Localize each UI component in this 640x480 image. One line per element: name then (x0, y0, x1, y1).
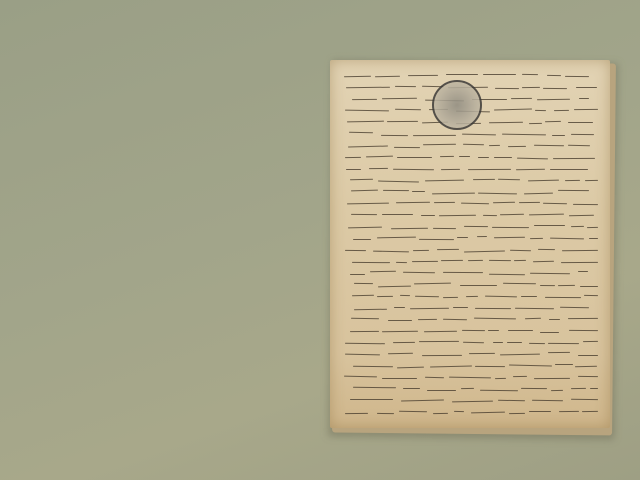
handwriting-stroke (370, 271, 396, 273)
handwriting-stroke (571, 388, 586, 390)
handwriting-stroke (443, 319, 467, 321)
handwriting-stroke (562, 249, 598, 251)
handwriting-stroke (529, 343, 545, 345)
handwriting-stroke (352, 295, 374, 297)
handwriting-stroke (443, 272, 483, 274)
handwriting-stroke (578, 355, 598, 356)
handwriting-stroke (393, 342, 415, 344)
handwriting-stroke (550, 238, 584, 240)
handwriting-stroke (568, 318, 598, 320)
handwriting-stroke (530, 273, 570, 275)
handwriting-stroke (401, 400, 444, 402)
handwriting-stroke (418, 319, 437, 321)
handwriting-stroke (492, 226, 529, 228)
handwriting-stroke (413, 135, 456, 137)
handwriting-stroke (502, 134, 546, 136)
handwriting-stroke (511, 98, 532, 100)
handwriting-stroke (422, 355, 462, 357)
handwriting-stroke (395, 86, 416, 88)
handwriting-stroke (412, 261, 438, 263)
handwriting-stroke (540, 332, 559, 333)
handwriting-stroke (574, 109, 598, 111)
handwriting-stroke (377, 295, 393, 297)
handwriting-stroke (441, 260, 463, 262)
handwriting-stroke (399, 411, 427, 413)
handwriting-stroke (582, 411, 598, 413)
handwriting-stroke (459, 156, 470, 158)
handwriting-stroke (555, 364, 573, 365)
handwriting-stroke (530, 238, 543, 240)
handwriting-stroke (576, 87, 597, 88)
handwriting-stroke (419, 239, 454, 241)
handwriting-stroke (461, 203, 489, 205)
handwriting-stroke (347, 120, 384, 122)
handwriting-stroke (425, 179, 464, 181)
handwriting-stroke (345, 413, 368, 415)
handwriting-stroke (382, 330, 418, 332)
handwriting-stroke (552, 135, 565, 136)
handwriting-stroke (419, 341, 459, 343)
handwriting-stroke (500, 354, 540, 356)
handwriting-stroke (571, 399, 598, 401)
handwriting-stroke (528, 180, 559, 182)
handwriting-stroke (587, 227, 598, 229)
handwriting-stroke (545, 121, 561, 123)
handwriting-stroke (345, 249, 366, 251)
handwriting-stroke (464, 226, 488, 228)
handwriting-stroke (494, 109, 532, 111)
handwriting-stroke (543, 202, 567, 204)
handwriting-stroke (403, 388, 420, 389)
handwriting-stroke (471, 412, 505, 414)
handwriting-stroke (432, 192, 475, 194)
handwriting-stroke (350, 399, 393, 400)
handwriting-stroke (537, 99, 570, 101)
handwriting-stroke (377, 236, 416, 238)
handwriting-stroke (462, 134, 496, 136)
handwriting-stroke (434, 202, 455, 204)
handwriting-stroke (489, 145, 500, 147)
handwriting-stroke (387, 121, 418, 123)
handwriting-stroke (410, 307, 449, 309)
handwriting-stroke (449, 377, 491, 379)
handwriting-stroke (524, 192, 553, 194)
handwriting-stroke (489, 260, 511, 262)
handwriting-stroke (350, 330, 379, 332)
handwriting-stroke (433, 227, 456, 229)
handwriting-stroke (569, 215, 594, 217)
handwriting-stroke (560, 306, 589, 308)
handwriting-stroke (508, 146, 526, 148)
handwriting-stroke (494, 157, 512, 158)
handwriting-stroke (388, 320, 412, 321)
handwriting-stroke (382, 378, 417, 379)
handwriting-stroke (375, 75, 400, 77)
handwriting-stroke (469, 353, 495, 355)
handwriting-stroke (568, 145, 590, 147)
handwriting-stroke (346, 87, 390, 89)
handwriting-stroke (579, 98, 589, 99)
handwriting-stroke (514, 260, 526, 262)
handwriting-stroke (515, 307, 554, 309)
handwriting-stroke (462, 330, 485, 332)
handwriting-stroke (529, 411, 551, 412)
handwriting-stroke (508, 330, 533, 331)
handwriting-stroke (549, 319, 560, 321)
handwriting-stroke (489, 274, 525, 276)
handwriting-stroke (507, 342, 522, 344)
handwriting-stroke (348, 227, 382, 229)
handwriting-stroke (397, 367, 424, 369)
handwriting-stroke (382, 97, 417, 99)
handwriting-stroke (543, 88, 567, 90)
handwriting-stroke (493, 342, 503, 343)
handwriting-stroke (446, 74, 478, 75)
handwriting-stroke (463, 342, 484, 344)
handwriting-stroke (400, 295, 410, 297)
handwriting-stroke (473, 179, 495, 181)
handwriting-stroke (366, 156, 393, 158)
handwriting-stroke (440, 156, 454, 158)
handwriting-stroke (534, 225, 565, 226)
handwriting-stroke (395, 109, 421, 111)
handwriting-stroke (346, 169, 361, 170)
handwriting-stroke (584, 295, 598, 297)
handwriting-stroke (344, 376, 377, 378)
handwriting-stroke (439, 215, 476, 217)
handwriting-stroke (350, 274, 365, 275)
handwriting-stroke (468, 260, 483, 262)
handwriting-stroke (394, 307, 405, 308)
handwriting-stroke (460, 285, 497, 286)
handwriting-stroke (461, 388, 474, 390)
handwriting-stroke (396, 157, 431, 158)
handwriting-stroke (521, 388, 547, 390)
handwriting-stroke (452, 401, 493, 403)
handwriting-stroke (425, 377, 444, 379)
handwriting-stroke (413, 250, 429, 252)
handwriting-stroke (529, 214, 564, 216)
handwriting-stroke (345, 353, 380, 355)
handwriting-stroke (534, 145, 564, 147)
handwriting-stroke (369, 168, 388, 170)
handwriting-stroke (381, 135, 408, 137)
handwriting-stroke (414, 283, 451, 285)
handwriting-stroke (573, 204, 598, 206)
handwriting-stroke (583, 341, 598, 343)
handwriting-stroke (463, 143, 484, 145)
handwriting-stroke (510, 250, 531, 252)
handwriting-stroke (344, 75, 371, 77)
handwriting-stroke (509, 413, 525, 415)
handwriting-stroke (575, 366, 597, 368)
handwriting-stroke (391, 227, 428, 229)
handwriting-stroke (396, 201, 430, 203)
handwriting-stroke (548, 343, 579, 345)
handwriting-stroke (493, 202, 515, 204)
handwriting-stroke (424, 331, 457, 333)
handwriting-stroke (521, 296, 537, 297)
handwriting-stroke (545, 297, 581, 299)
handwriting-stroke (478, 157, 489, 159)
handwriting-stroke (354, 283, 373, 285)
handwriting-stroke (540, 285, 555, 287)
handwriting-stroke (483, 214, 497, 216)
handwriting-stroke (437, 249, 459, 251)
handwriting-stroke (569, 329, 598, 331)
handwriting-stroke (589, 238, 598, 239)
handwriting-stroke (509, 364, 552, 366)
handwriting-stroke (378, 180, 419, 182)
handwriting-stroke (478, 193, 517, 195)
handwriting-stroke (516, 168, 545, 170)
handwriting-stroke (393, 168, 434, 170)
handwriting-stroke (415, 296, 439, 298)
handwriting-stroke (352, 366, 392, 368)
handwriting-stroke (388, 352, 413, 354)
handwriting-stroke (353, 387, 396, 389)
handwriting-stroke (513, 376, 527, 378)
handwriting-stroke (454, 411, 464, 413)
handwriting-stroke (519, 202, 540, 204)
handwriting-stroke (584, 180, 598, 182)
handwriting-stroke (354, 309, 387, 311)
handwriting-stroke (423, 144, 456, 146)
handwriting-stroke (348, 145, 388, 147)
handwriting-stroke (522, 87, 540, 89)
handwriting-stroke (500, 214, 524, 216)
handwriting-stroke (373, 251, 409, 253)
handwriting-stroke (558, 284, 575, 286)
handwriting-stroke (548, 352, 570, 354)
handwriting-stroke (475, 366, 505, 368)
handwriting-stroke (377, 413, 394, 415)
stamp-seal-icon (432, 80, 482, 130)
handwriting-stroke (351, 214, 377, 216)
handwriting-stroke (377, 285, 410, 287)
handwriting-stroke (412, 191, 425, 192)
handwriting-stroke (551, 390, 563, 392)
handwriting-stroke (568, 122, 593, 123)
handwriting-stroke (349, 132, 373, 134)
handwriting-stroke (427, 390, 456, 391)
handwriting-stroke (561, 262, 598, 264)
handwriting-stroke (480, 390, 518, 392)
handwriting-stroke (394, 146, 420, 148)
handwriting-stroke (547, 75, 561, 77)
handwriting-stroke (580, 285, 598, 286)
handwriting-stroke (396, 262, 407, 264)
handwriting-stroke (382, 214, 413, 215)
handwriting-stroke (495, 378, 506, 380)
handwriting-stroke (475, 308, 511, 310)
handwriting-stroke (457, 237, 468, 239)
handwriting-stroke (532, 399, 563, 401)
handwriting-stroke (529, 123, 542, 125)
handwriting-stroke (495, 88, 519, 90)
handwriting-stroke (554, 110, 569, 112)
handwriting-stroke (464, 250, 505, 252)
handwriting-stroke (351, 318, 379, 320)
handwriting-stroke (383, 190, 409, 192)
handwriting-stroke (352, 98, 377, 100)
handwriting-stroke (347, 203, 389, 205)
handwriting-stroke (351, 190, 378, 192)
handwriting-stroke (498, 179, 520, 181)
handwriting-stroke (441, 168, 460, 170)
handwriting-stroke (433, 413, 448, 415)
handwriting-stroke (550, 169, 588, 170)
handwriting-stroke (453, 307, 468, 309)
handwriting-stroke (522, 74, 538, 76)
handwriting-stroke (565, 180, 580, 182)
handwriting-stroke (443, 297, 458, 299)
handwriting-stroke (559, 411, 579, 413)
handwriting-stroke (553, 157, 595, 159)
handwriting-stroke (517, 157, 548, 159)
handwriting-stroke (525, 318, 541, 320)
handwriting-stroke (466, 296, 478, 298)
handwriting-stroke (345, 343, 385, 345)
handwriting-stroke (535, 110, 546, 112)
handwriting-stroke (533, 261, 554, 263)
handwriting-stroke (421, 215, 435, 216)
handwriting-stroke (578, 271, 588, 272)
handwriting-stroke (565, 76, 589, 78)
handwriting-stroke (353, 238, 371, 240)
handwriting-stroke (571, 134, 594, 136)
handwriting-stroke (538, 249, 555, 251)
handwriting-stroke (485, 295, 517, 297)
handwriting-stroke (345, 110, 389, 112)
handwriting-stroke (468, 168, 511, 170)
handwriting-stroke (578, 376, 598, 378)
handwriting-stroke (345, 157, 361, 159)
handwriting-stroke (534, 378, 570, 380)
handwriting-stroke (503, 283, 536, 285)
handwriting-stroke (498, 399, 525, 401)
handwriting-stroke (430, 366, 472, 368)
handwriting-stroke (483, 74, 516, 75)
handwriting-stroke (477, 236, 487, 238)
handwriting-stroke (474, 317, 516, 319)
handwriting-stroke (571, 226, 584, 228)
handwriting-stroke (590, 388, 598, 390)
handwriting-stroke (489, 122, 523, 124)
handwriting-stroke (494, 237, 525, 239)
handwriting-stroke (351, 262, 389, 264)
handwriting-stroke (408, 75, 438, 77)
handwriting-stroke (403, 272, 435, 274)
handwriting-stroke (558, 190, 589, 192)
handwriting-stroke (350, 178, 373, 180)
handwriting-stroke (488, 330, 499, 332)
